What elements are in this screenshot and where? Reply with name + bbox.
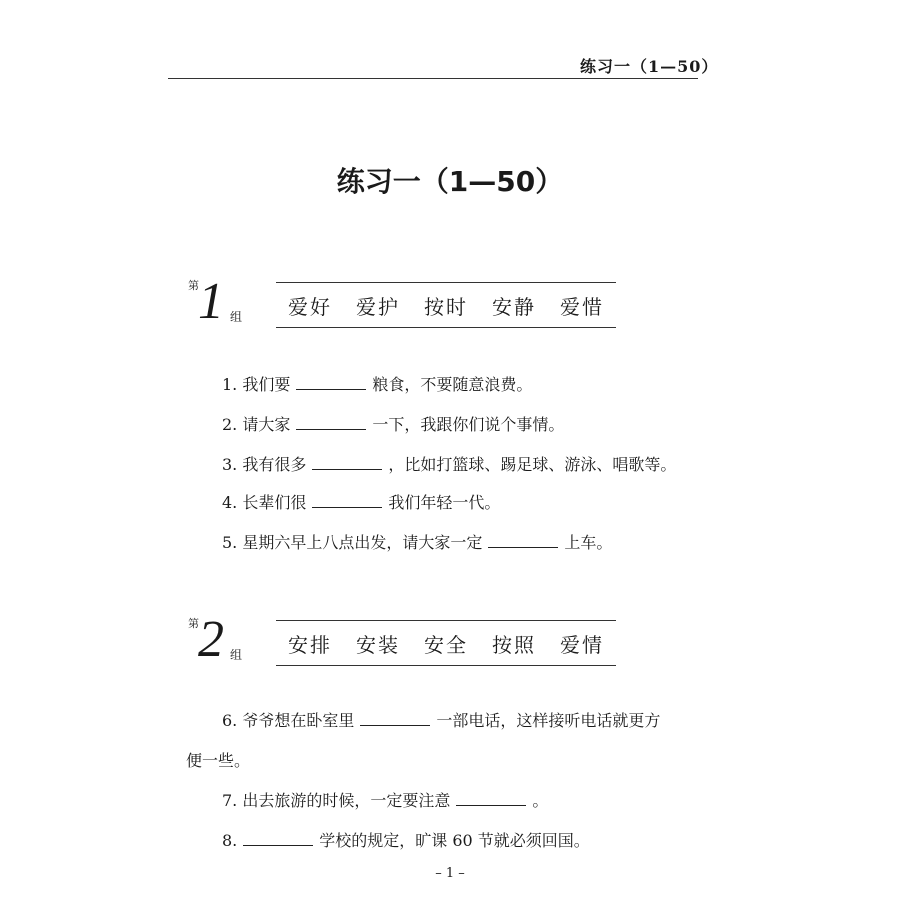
q-num: 3. [222,455,237,474]
q-after: 一部电话，这样接听电话就更方 [436,711,660,730]
q-before: 我们要 [242,375,290,394]
question-5: 5. 星期六早上八点出发，请大家一定上车。 [222,530,612,553]
page-number: – 1 – [0,866,900,881]
question-2: 2. 请大家一下，我跟你们说个事情。 [222,412,564,435]
page-title: 练习一（1—50） [0,160,900,200]
word: 安装 [356,629,400,658]
question-4: 4. 长辈们很我们年轻一代。 [222,490,500,513]
group-suffix: 组 [230,646,242,663]
q-num: 7. [222,791,237,810]
word: 爱好 [288,291,332,320]
question-6-continuation: 便一些。 [186,748,250,771]
answer-blank[interactable] [312,493,382,508]
q-num: 5. [222,533,237,552]
answer-blank[interactable] [243,831,313,846]
running-head: 练习一（1—50） [580,54,718,77]
q-after: ，比如打篮球、踢足球、游泳、唱歌等。 [388,455,676,474]
question-6: 6. 爷爷想在卧室里一部电话，这样接听电话就更方 [222,708,660,731]
q-num: 6. [222,711,237,730]
word: 安排 [288,629,332,658]
word: 爱护 [356,291,400,320]
q-before: 长辈们很 [242,493,306,512]
question-8: 8.学校的规定，旷课 60 节就必须回国。 [222,828,590,851]
word: 按时 [424,291,468,320]
word: 爱惜 [560,291,604,320]
group-suffix: 组 [230,308,242,325]
answer-blank[interactable] [488,533,558,548]
q-before: 请大家 [242,415,290,434]
question-3: 3. 我有很多，比如打篮球、踢足球、游泳、唱歌等。 [222,452,676,475]
q-after: 上车。 [564,533,612,552]
answer-blank[interactable] [312,455,382,470]
q-before: 爷爷想在卧室里 [242,711,354,730]
answer-blank[interactable] [296,375,366,390]
word-bank: 安排 安装 安全 按照 爱情 [276,620,616,666]
q-num: 1. [222,375,237,394]
q-after: 一下，我跟你们说个事情。 [372,415,564,434]
word-group-2: 第 2 组 安排 安装 安全 按照 爱情 [180,610,620,680]
word-group-1: 第 1 组 爱好 爱护 按时 安静 爱惜 [180,272,620,342]
q-after: 我们年轻一代。 [388,493,500,512]
word: 爱情 [560,629,604,658]
question-7: 7. 出去旅游的时候，一定要注意。 [222,788,548,811]
q-num: 8. [222,831,237,850]
q-after: 学校的规定，旷课 60 节就必须回国。 [319,831,590,850]
q-before: 出去旅游的时候，一定要注意 [242,791,450,810]
group-number: 2 [198,612,224,668]
answer-blank[interactable] [456,791,526,806]
group-number: 1 [198,274,224,330]
q-num: 2. [222,415,237,434]
word: 安全 [424,629,468,658]
word: 按照 [492,629,536,658]
q-num: 4. [222,493,237,512]
q-before: 星期六早上八点出发，请大家一定 [242,533,482,552]
q-after: 。 [532,791,548,810]
answer-blank[interactable] [296,415,366,430]
question-1: 1. 我们要粮食，不要随意浪费。 [222,372,532,395]
word: 安静 [492,291,536,320]
header-rule [168,78,698,79]
q-before: 我有很多 [242,455,306,474]
q-after: 粮食，不要随意浪费。 [372,375,532,394]
word-bank: 爱好 爱护 按时 安静 爱惜 [276,282,616,328]
answer-blank[interactable] [360,711,430,726]
